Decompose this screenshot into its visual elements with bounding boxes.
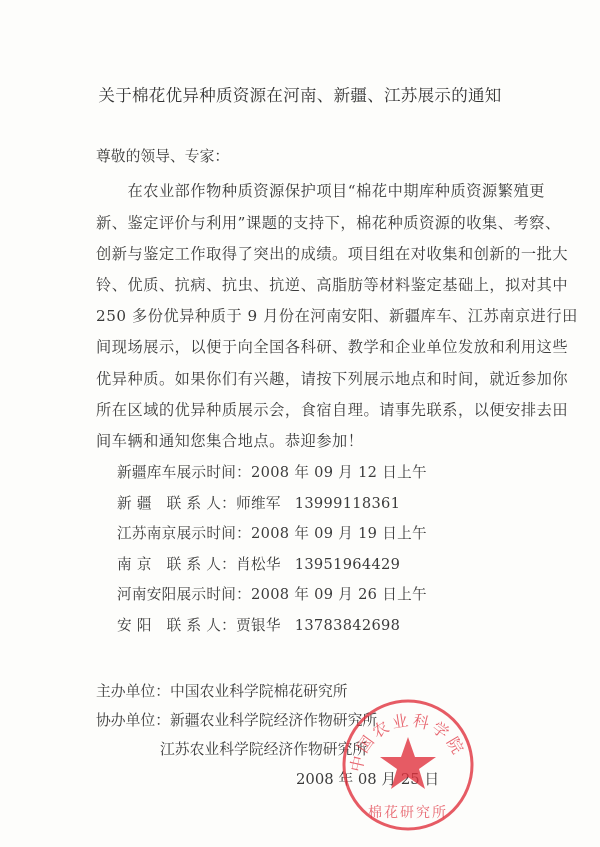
schedule-time-nanjing: 江苏南京展示时间：2008 年 09 月 19 日上午 [117,522,427,543]
contact-name: 师维军 [236,495,281,512]
contact-phone: 13783842698 [295,617,400,634]
contact-label: 南 京 联 系 人： [117,556,236,573]
host-unit: 主办单位：中国农业科学院棉花研究所 [96,680,348,701]
contact-label: 新 疆 联 系 人： [117,495,236,512]
svg-text:棉花研究所: 棉花研究所 [368,804,448,821]
salutation: 尊敬的领导、专家： [96,145,229,166]
schedule-time-label: 河南安阳展示时间： [117,586,251,603]
contact-label: 安 阳 联 系 人： [117,617,236,634]
official-seal-icon: 中国农业科学院 棉花研究所 [338,695,478,835]
body-line: 新、鉴定评价与利用”课题的支持下，棉花种质资源的收集、考察、 [96,212,526,233]
schedule-contact-anyang: 安 阳 联 系 人：贾银华13783842698 [117,614,400,635]
schedule-time-value: 2008 年 09 月 19 日上午 [251,525,427,542]
body-line: 250 多份优异种质于 9 月份在河南安阳、新疆库车、江苏南京进行田 [96,305,526,326]
body-line: 间车辆和通知您集合地点。恭迎参加！ [96,430,526,451]
contact-name: 贾银华 [236,617,281,634]
schedule-time-label: 新疆库车展示时间： [117,464,251,481]
body-line: 所在区域的优异种质展示会，食宿自理。请事先联系，以便安排去田 [96,399,526,420]
schedule-contact-nanjing: 南 京 联 系 人：肖松华13951964429 [117,553,400,574]
body-line: 创新与鉴定工作取得了突出的成绩。项目组在对收集和创新的一批大 [96,243,526,264]
schedule-time-label: 江苏南京展示时间： [117,525,251,542]
schedule-time-value: 2008 年 09 月 26 日上午 [251,586,427,603]
schedule-time-value: 2008 年 09 月 12 日上午 [251,464,427,481]
co-host-unit: 协办单位：新疆农业科学院经济作物研究所 [96,709,377,730]
body-line: 优异种质。如果你们有兴趣，请按下列展示地点和时间，就近参加你 [96,368,526,389]
document-title: 关于棉花优异种质资源在河南、新疆、江苏展示的通知 [0,82,600,106]
contact-phone: 13999118361 [295,495,400,512]
schedule-time-xinjiang: 新疆库车展示时间：2008 年 09 月 12 日上午 [117,461,427,482]
schedule-time-anyang: 河南安阳展示时间：2008 年 09 月 26 日上午 [117,583,427,604]
host-name: 中国农业科学院棉花研究所 [170,683,348,700]
body-line: 铃、优质、抗病、抗虫、抗逆、高脂肪等材料鉴定基础上，拟对其中 [96,274,526,295]
notice-document: 关于棉花优异种质资源在河南、新疆、江苏展示的通知 尊敬的领导、专家： 在农业部作… [0,0,600,847]
host-label: 主办单位： [96,683,170,700]
schedule-contact-xinjiang: 新 疆 联 系 人：师维军13999118361 [117,492,400,513]
contact-phone: 13951964429 [295,556,400,573]
body-line: 在农业部作物种质资源保护项目“棉花中期库种质资源繁殖更 [96,180,526,201]
co-host-name: 江苏农业科学院经济作物研究所 [160,738,367,759]
co-host-label: 协办单位： [96,712,170,729]
contact-name: 肖松华 [236,556,281,573]
body-line: 间现场展示，以便于向全国各科研、教学和企业单位发放和利用这些 [96,336,526,357]
